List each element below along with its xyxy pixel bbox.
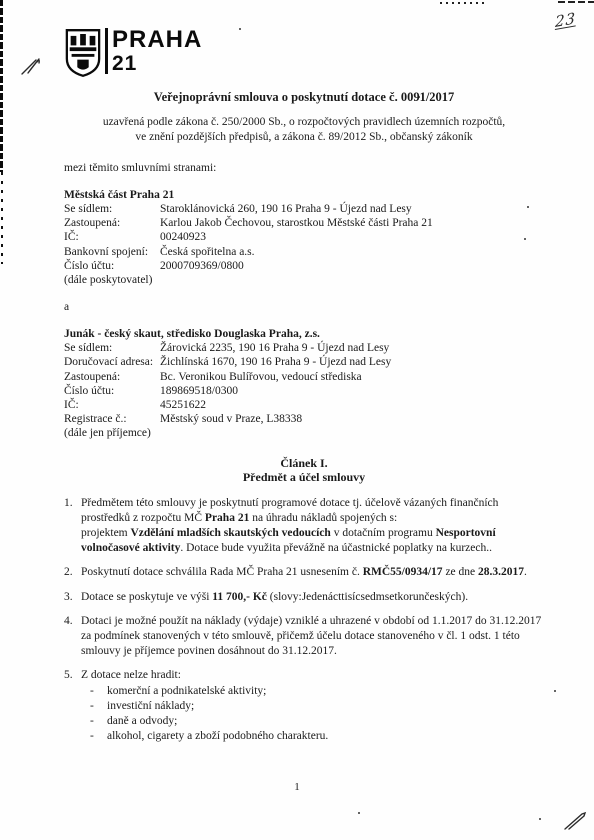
detail-row: Se sídlem:Žárovická 2235, 190 16 Praha 9… bbox=[64, 341, 544, 355]
clause-5-subitem: -komerční a podnikatelské aktivity; bbox=[81, 684, 544, 699]
detail-row: Zastoupená:Bc. Veronikou Bulířovou, vedo… bbox=[64, 370, 544, 384]
praha-coat-of-arms-icon bbox=[64, 28, 102, 78]
clause-2: 2. Poskytnutí dotace schválila Rada MČ P… bbox=[64, 565, 544, 580]
article-heading: Článek I. Předmět a účel smlouvy bbox=[64, 456, 544, 484]
logo-number: 21 bbox=[112, 53, 202, 74]
clause-5-subitem: -alkohol, cigarety a zboží podobného cha… bbox=[81, 729, 544, 744]
document-title: Veřejnoprávní smlouva o poskytnutí dotac… bbox=[64, 90, 544, 105]
handwritten-number: 23 bbox=[555, 9, 576, 31]
preamble-line: uzavřená podle zákona č. 250/2000 Sb., o… bbox=[64, 115, 544, 130]
clause-5: 5. Z dotace nelze hradit: -komerční a po… bbox=[64, 668, 544, 744]
clause-5-subitem: -investiční náklady; bbox=[81, 699, 544, 714]
preamble: uzavřená podle zákona č. 250/2000 Sb., o… bbox=[64, 115, 544, 145]
detail-row: IČ:45251622 bbox=[64, 398, 544, 412]
scanned-contract-page: 23 PRAHA 21 Veřejnoprávní smlouva o posk… bbox=[0, 0, 594, 840]
clause-3: 3. Dotace se poskytuje ve výši 11 700,- … bbox=[64, 590, 544, 605]
handwritten-paraph-icon bbox=[20, 55, 46, 77]
detail-row: Registrace č.:Městský soud v Praze, L383… bbox=[64, 412, 544, 426]
scan-speck bbox=[539, 818, 541, 820]
preamble-line: ve znění pozdějších předpisů, a zákona č… bbox=[64, 130, 544, 145]
scan-speck bbox=[554, 690, 556, 692]
provider-name: Městská část Praha 21 bbox=[64, 189, 544, 201]
connector-a: a bbox=[64, 301, 544, 313]
scan-edge-artifact bbox=[0, 0, 3, 172]
scan-edge-artifact bbox=[1, 172, 3, 264]
praha21-logo: PRAHA 21 bbox=[64, 28, 544, 80]
handwritten-mark-icon bbox=[562, 810, 588, 832]
detail-row: Číslo účtu:189869518/0300 bbox=[64, 384, 544, 398]
scan-speck bbox=[358, 812, 360, 814]
article-subject: Předmět a účel smlouvy bbox=[64, 470, 544, 484]
detail-row: Doručovací adresa:Žichlínská 1670, 190 1… bbox=[64, 355, 544, 369]
detail-row: Bankovní spojení:Česká spořitelna a.s. bbox=[64, 245, 544, 259]
detail-row: Zastoupená:Karlou Jakob Čechovou, staros… bbox=[64, 216, 544, 230]
clause-5-subitem: -daně a odvody; bbox=[81, 714, 544, 729]
provider-note: (dále poskytovatel) bbox=[64, 273, 544, 287]
clause-list: 1. Předmětem této smlouvy je poskytnutí … bbox=[64, 496, 544, 745]
detail-row: Se sídlem:Staroklánovická 260, 190 16 Pr… bbox=[64, 202, 544, 216]
page-number: 1 bbox=[0, 781, 594, 793]
scan-edge-artifact bbox=[558, 1, 594, 3]
provider-details: Se sídlem:Staroklánovická 260, 190 16 Pr… bbox=[64, 202, 544, 287]
parties-intro: mezi těmito smluvními stranami: bbox=[64, 162, 544, 174]
clause-1: 1. Předmětem této smlouvy je poskytnutí … bbox=[64, 496, 544, 557]
detail-row: IČ:00240923 bbox=[64, 230, 544, 244]
recipient-details: Se sídlem:Žárovická 2235, 190 16 Praha 9… bbox=[64, 341, 544, 440]
detail-row: Číslo účtu:2000709369/0800 bbox=[64, 259, 544, 273]
clause-4: 4. Dotaci je možné použít na náklady (vý… bbox=[64, 614, 544, 660]
logo-wordmark: PRAHA bbox=[112, 28, 202, 52]
article-number: Článek I. bbox=[64, 456, 544, 470]
recipient-note: (dále jen příjemce) bbox=[64, 426, 544, 440]
recipient-name: Junák - český skaut, středisko Douglaska… bbox=[64, 328, 544, 340]
